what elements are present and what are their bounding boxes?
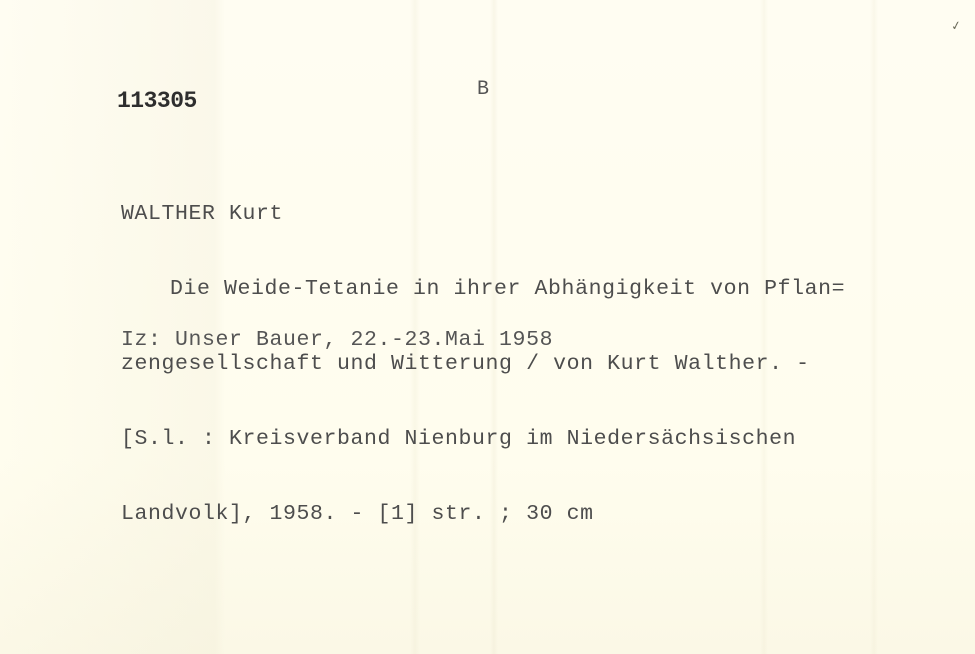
bibliographic-record: WALTHER Kurt Die Weide-Tetanie in ihrer …: [121, 152, 845, 577]
check-mark-icon: ✓: [951, 17, 962, 35]
title-line-2: zengesellschaft und Witterung / von Kurt…: [121, 352, 845, 377]
publication-line: [S.l. : Kreisverband Nienburg im Nieders…: [121, 427, 845, 452]
author-heading: WALTHER Kurt: [121, 202, 845, 227]
source-note: Iz: Unser Bauer, 22.-23.Mai 1958: [121, 328, 553, 352]
location-code: B: [477, 78, 489, 101]
physical-description-line: Landvolk], 1958. - [1] str. ; 30 cm: [121, 502, 845, 527]
title-line-1: Die Weide-Tetanie in ihrer Abhängigkeit …: [121, 277, 845, 302]
call-number: 113305: [117, 88, 197, 114]
catalog-card: 113305 B ✓ WALTHER Kurt Die Weide-Tetani…: [0, 0, 975, 654]
